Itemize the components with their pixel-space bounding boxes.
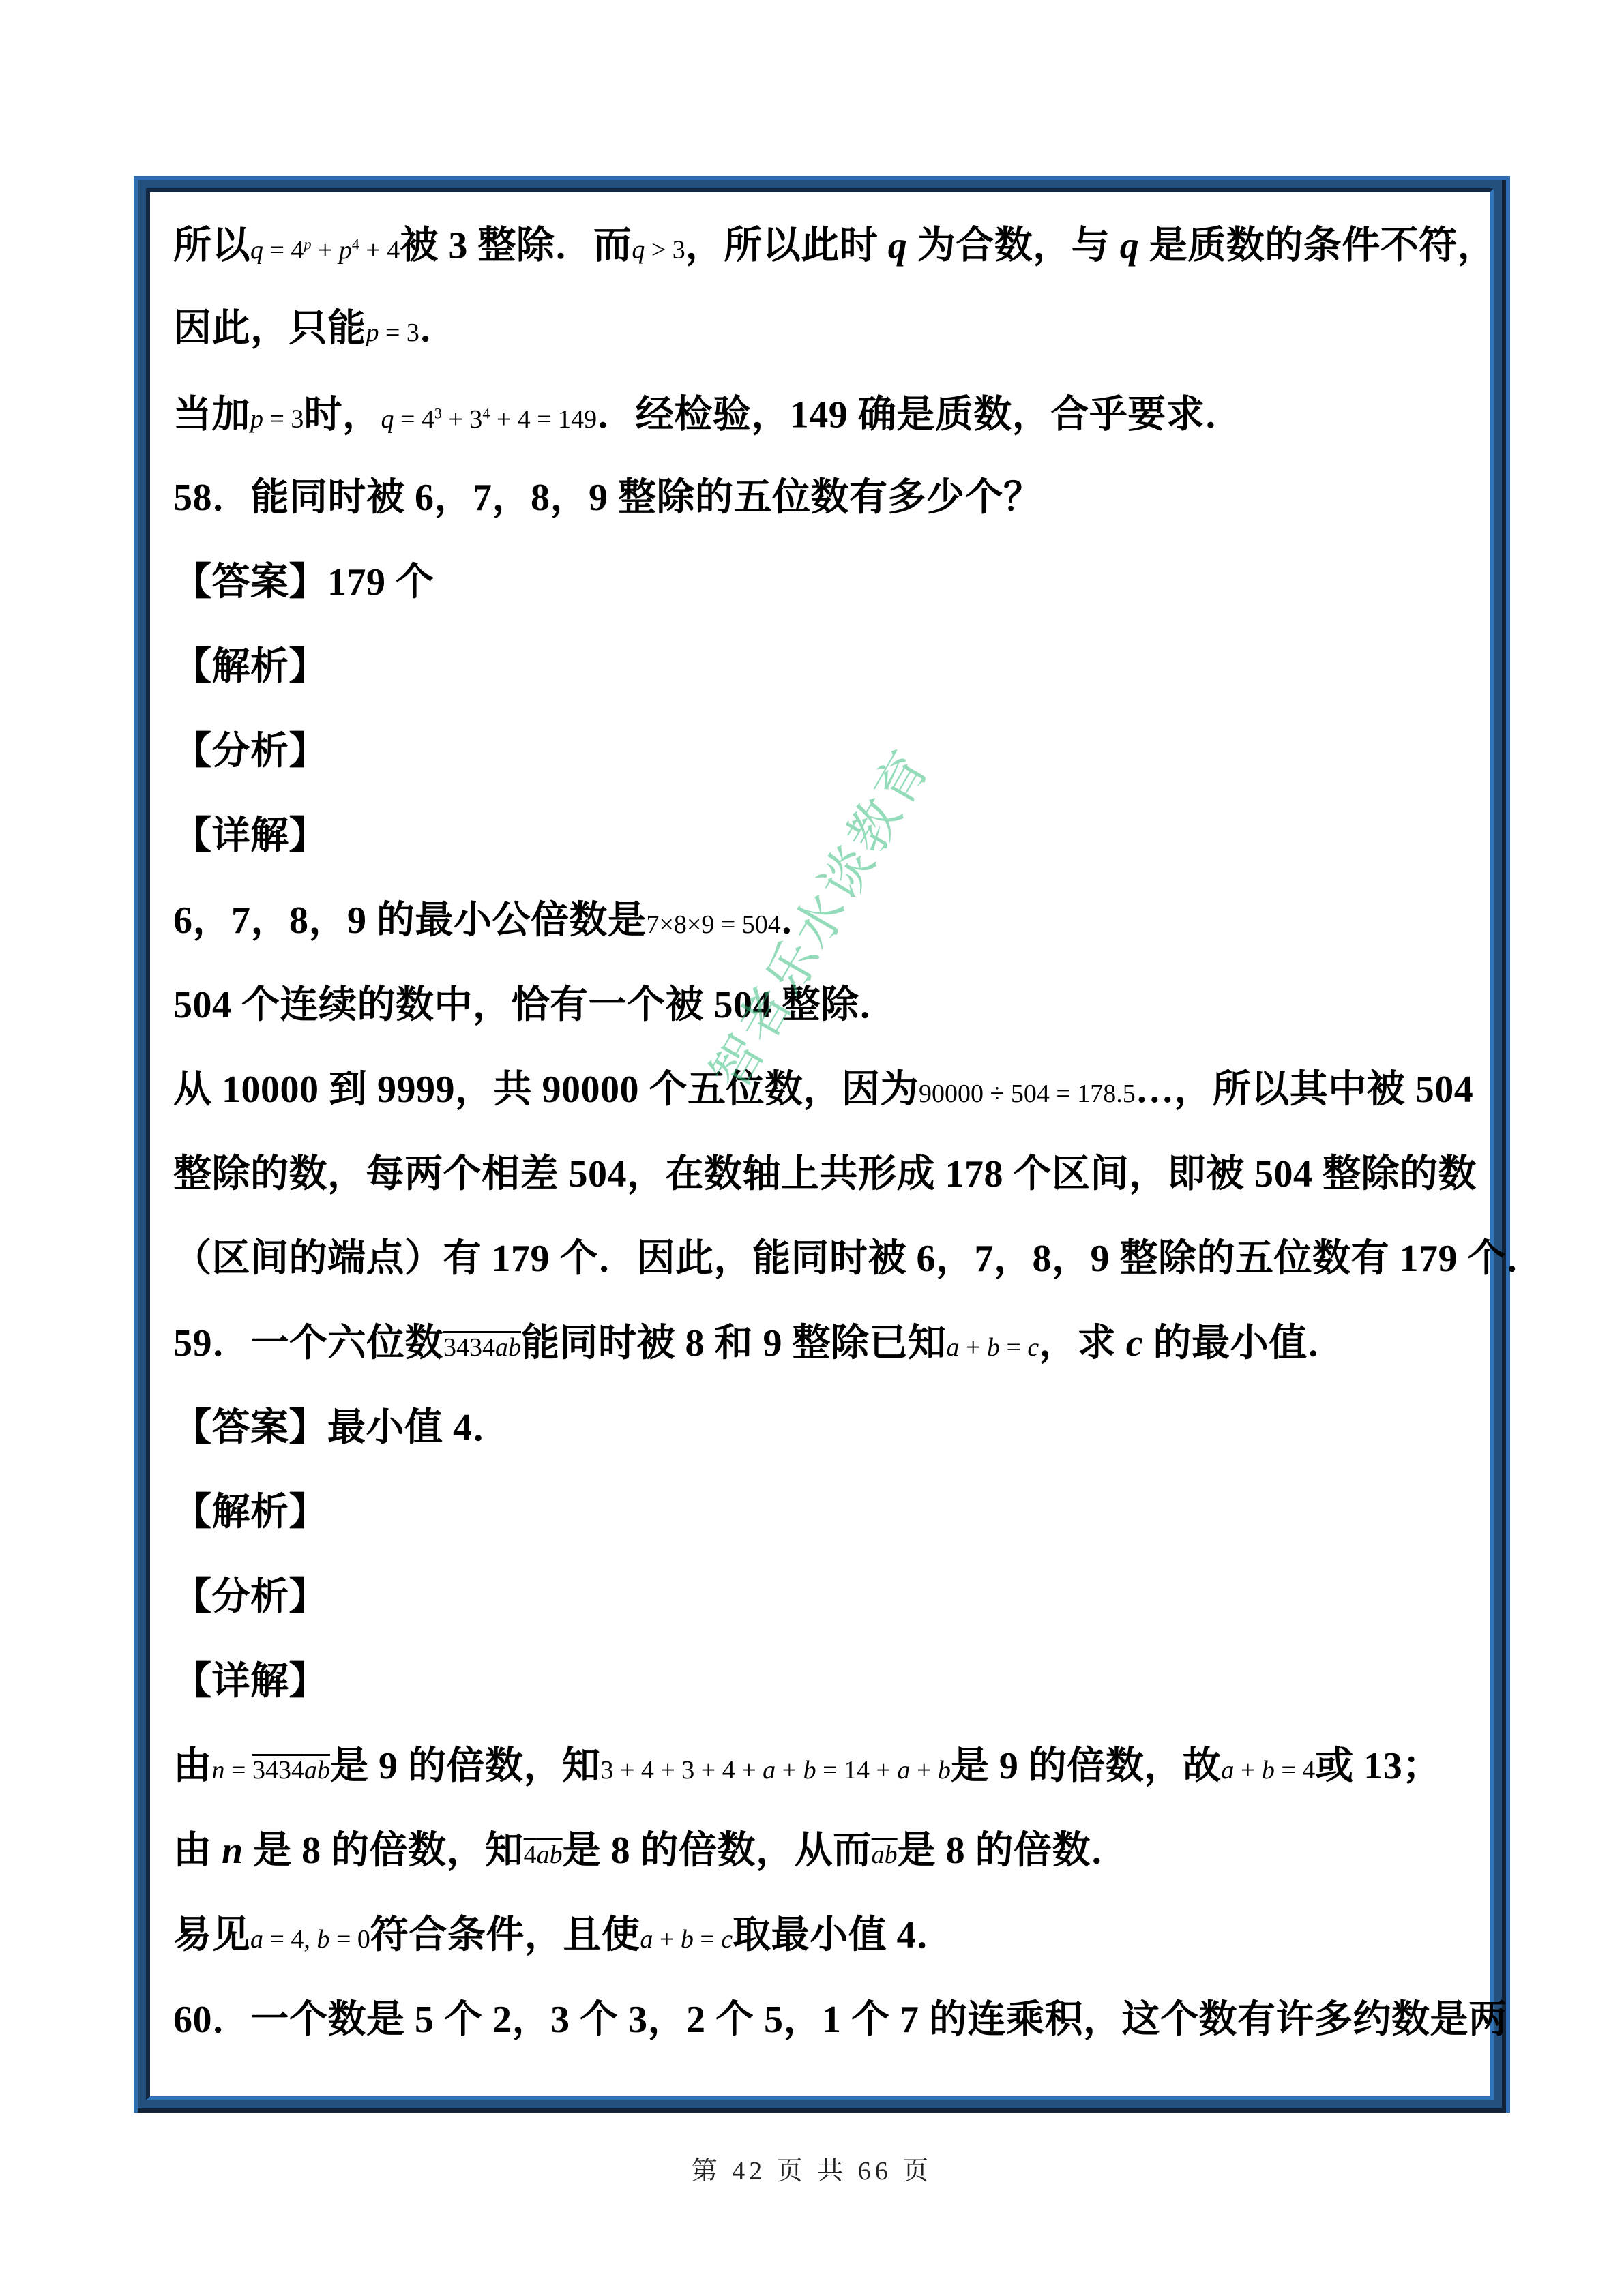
page-number-footer: 第 42 页 共 66 页 — [0, 2149, 1624, 2187]
page-border-mid: 所以q = 4p + p4 + 4被 3 整除．而q > 3，所以此时 q 为合… — [138, 180, 1506, 2113]
math-expression: 3 + 4 + 3 + 4 + a + b = 14 + a + b — [600, 1756, 950, 1785]
text-span: ，求 — [1039, 1322, 1126, 1365]
solution-line: 整除的数，每两个相差 504，在数轴上共形成 178 个区间，即被 504 整除… — [173, 1132, 1469, 1217]
math-expression: 7×8×9 = 504 — [647, 910, 781, 939]
text-span: 能同时被 8 和 9 整除已知 — [521, 1322, 947, 1365]
math-expression: ab — [872, 1840, 898, 1869]
page-content-area: 所以q = 4p + p4 + 4被 3 整除．而q > 3，所以此时 q 为合… — [146, 188, 1494, 2100]
text-span: 为合数，与 — [907, 225, 1120, 267]
solution-line: （区间的端点）有 179 个．因此，能同时被 6，7，8，9 整除的五位数有 1… — [173, 1217, 1469, 1301]
variable-c: c — [1126, 1322, 1143, 1365]
analysis-label-58: 【解析】 — [173, 625, 1469, 709]
text-span: 59．一个六位数 — [173, 1322, 443, 1365]
math-expression: 90000 ÷ 504 = 178.5 — [919, 1079, 1136, 1108]
text-span: 的最小值． — [1143, 1322, 1346, 1365]
solution-line: 由n = 3434ab是 9 的倍数，知3 + 4 + 3 + 4 + a + … — [173, 1724, 1469, 1808]
answer-59: 【答案】最小值 4． — [173, 1386, 1469, 1470]
math-expression: n = 3434ab — [212, 1756, 330, 1785]
text-span: 是 8 的倍数，知 — [243, 1830, 524, 1872]
text-span: 当加 — [173, 394, 250, 436]
text-span: 是 8 的倍数． — [898, 1830, 1130, 1872]
math-expression: a + b = c — [947, 1333, 1039, 1362]
variable-q: q — [1120, 225, 1140, 267]
text-span: 是质数的条件不符， — [1139, 225, 1496, 267]
solution-line: 6，7，8，9 的最小公倍数是7×8×9 = 504． — [173, 878, 1469, 963]
text-span: 或 13； — [1315, 1745, 1441, 1787]
solution-line: 从 10000 到 9999，共 90000 个五位数，因为90000 ÷ 50… — [173, 1047, 1469, 1132]
detail-label-59: 【详解】 — [173, 1639, 1469, 1724]
text-span: ．经检验，149 确是质数，合乎要求． — [597, 394, 1243, 436]
question-60: 60．一个数是 5 个 2，3 个 3，2 个 5，1 个 7 的连乘积，这个数… — [173, 1978, 1469, 2062]
breakdown-label-58: 【分析】 — [173, 709, 1469, 794]
analysis-label-59: 【解析】 — [173, 1470, 1469, 1555]
text-span: 由 — [173, 1745, 212, 1787]
solution-line: 504 个连续的数中，恰有一个被 504 整除． — [173, 963, 1469, 1047]
math-expression: 4ab — [524, 1840, 563, 1869]
page-border-frame: 所以q = 4p + p4 + 4被 3 整除．而q > 3，所以此时 q 为合… — [134, 176, 1510, 2113]
math-expression: q > 3 — [632, 236, 685, 265]
text-span: 是 9 的倍数，故 — [951, 1745, 1222, 1787]
math-expression: p = 3 — [250, 405, 304, 434]
math-expression: a + b = c — [640, 1925, 733, 1954]
math-expression: q = 43 + 34 + 4 = 149 — [381, 405, 597, 434]
solution-line: 由 n 是 8 的倍数，知4ab是 8 的倍数，从而ab是 8 的倍数． — [173, 1808, 1469, 1893]
text-span: 所以 — [173, 225, 250, 267]
math-expression: a + b = 4 — [1221, 1756, 1315, 1785]
variable-n: n — [222, 1830, 243, 1872]
text-span: 由 — [173, 1830, 222, 1872]
math-expression: p = 3 — [366, 318, 419, 347]
text-span: 因此，只能 — [173, 308, 366, 350]
text-span: ． — [419, 308, 458, 350]
question-58: 58．能同时被 6，7，8，9 整除的五位数有多少个？ — [173, 456, 1469, 540]
answer-58: 【答案】179 个 — [173, 540, 1469, 625]
text-span: 符合条件，且使 — [370, 1914, 640, 1956]
text-span: ． — [781, 899, 820, 942]
text-span: 取最小值 4． — [733, 1914, 955, 1956]
text-line: 所以q = 4p + p4 + 4被 3 整除．而q > 3，所以此时 q 为合… — [173, 202, 1469, 286]
text-line: 当加p = 3时，q = 43 + 34 + 4 = 149．经检验，149 确… — [173, 371, 1469, 456]
document-body: 所以q = 4p + p4 + 4被 3 整除．而q > 3，所以此时 q 为合… — [173, 202, 1469, 2062]
breakdown-label-59: 【分析】 — [173, 1555, 1469, 1639]
question-59: 59．一个六位数3434ab能同时被 8 和 9 整除已知a + b = c，求… — [173, 1301, 1469, 1386]
text-span: 是 9 的倍数，知 — [330, 1745, 601, 1787]
solution-line: 易见a = 4, b = 0符合条件，且使a + b = c取最小值 4． — [173, 1893, 1469, 1978]
text-span: …，所以其中被 504 — [1136, 1069, 1474, 1111]
math-expression: 3434ab — [443, 1333, 521, 1362]
text-span: 易见 — [173, 1914, 250, 1956]
text-span: 6，7，8，9 的最小公倍数是 — [173, 899, 647, 942]
text-span: 被 3 整除．而 — [400, 225, 632, 267]
text-line: 因此，只能p = 3． — [173, 286, 1469, 371]
text-span: 是 8 的倍数，从而 — [563, 1830, 872, 1872]
detail-label-58: 【详解】 — [173, 794, 1469, 878]
text-span: ，所以此时 — [685, 225, 888, 267]
math-expression: a = 4, b = 0 — [250, 1925, 370, 1954]
variable-q: q — [888, 225, 908, 267]
math-expression: q = 4p + p4 + 4 — [250, 236, 400, 265]
text-span: 时， — [304, 394, 381, 436]
text-span: 从 10000 到 9999，共 90000 个五位数，因为 — [173, 1069, 919, 1111]
